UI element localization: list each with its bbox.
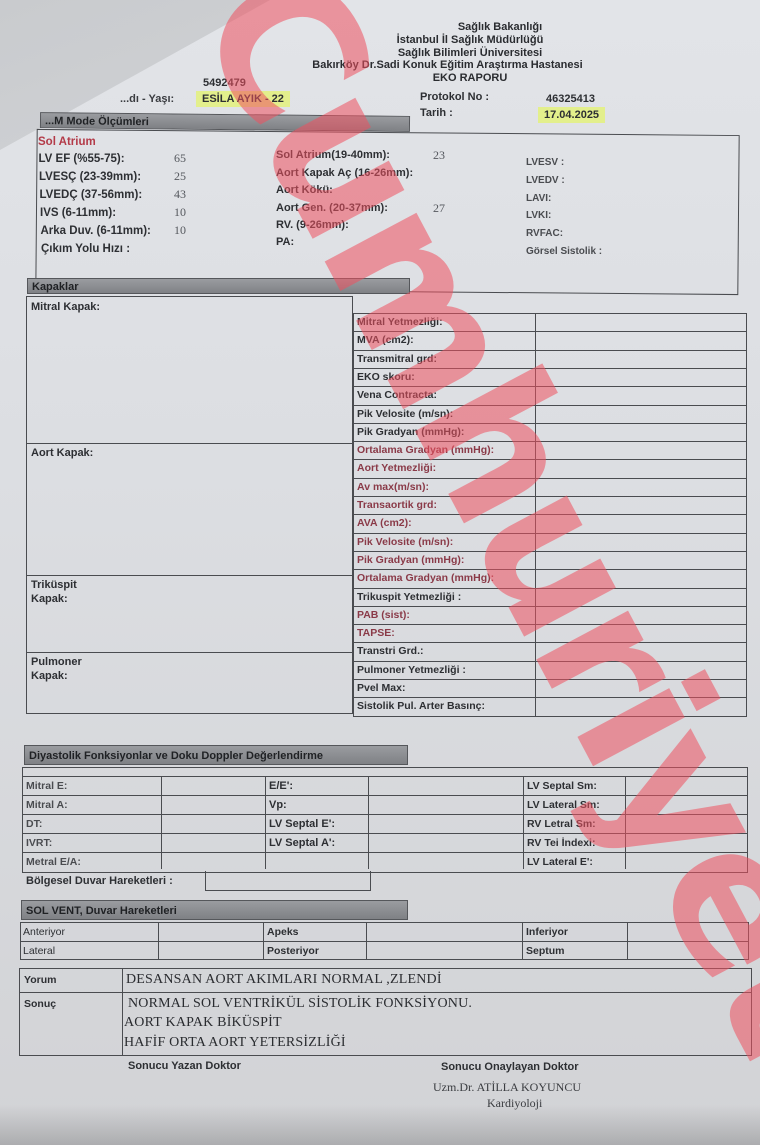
diastolic-label: LV Lateral Sm: [527,799,600,811]
valve-row-value-field[interactable] [536,479,746,495]
wall-section-title: SOL VENT, Duvar Hareketleri [21,900,408,920]
valve-row-label: Aort Yetmezliği: [357,462,436,474]
header-provincial: İstanbul İl Sağlık Müdürlüğü [270,35,670,46]
valve-row-label: Ortalama Gradyan (mmHg): [357,444,494,456]
diastolic-label: RV Tei İndexi: [527,837,595,849]
diastolic-label: DT: [26,818,42,830]
mmode-label: LVESÇ (23-39mm): [39,171,141,183]
diastolic-value-field[interactable] [162,777,264,794]
valve-block-divider [26,575,353,576]
mmode-value: 10 [174,205,186,220]
mmode-label: RV. (9-26mm): [276,219,349,231]
mmode-value: 27 [433,201,445,216]
mmode-label: Çıkım Yolu Hızı : [41,243,130,255]
valve-row-label: Transaortik grd: [357,499,437,511]
diastolic-value-field[interactable] [626,777,746,794]
diastolic-label: RV Letral Sm: [527,818,596,830]
valve-row-label: MVA (cm2): [357,334,414,346]
valve-row-value-field[interactable] [536,387,746,403]
report-date: 17.04.2025 [538,107,605,123]
diastolic-label: Metral E/A: [26,856,81,868]
valve-row-value-field[interactable] [536,497,746,513]
date-label: Tarih : [420,107,453,119]
mmode-value: 43 [174,187,186,202]
diastolic-label: Vp: [269,799,287,811]
diastolic-value-field[interactable] [162,834,264,851]
valve-row-value-field[interactable] [536,570,746,586]
comment-label: Yorum [24,974,56,986]
valve-row-value-field[interactable] [536,442,746,458]
valve-block-label: Triküspit Kapak: [31,578,111,606]
writer-doctor-label: Sonucu Yazan Doktor [128,1060,241,1072]
valve-row-label: Sistolik Pul. Arter Basınç: [357,700,485,712]
wall-col-divider [627,922,628,960]
mmode-label: LVKI: [526,210,551,221]
regional-wall-label: Bölgesel Duvar Hareketleri : [26,875,173,887]
patient-no: 5492479 [203,77,246,89]
valve-row-value-field[interactable] [536,460,746,476]
wall-label: Septum [526,945,565,957]
valve-block-divider [26,652,353,653]
valve-block-divider [26,443,353,444]
diastolic-value-field[interactable] [626,834,746,851]
results-col-divider [122,968,123,1056]
diastolic-value-field[interactable] [162,853,264,870]
valve-row-value-field[interactable] [536,552,746,568]
valve-row-label: Mitral Yetmezliği: [357,316,443,328]
valve-row-value-field[interactable] [536,662,746,678]
valve-row-label: PAB (sist): [357,609,410,621]
diastolic-col-divider [265,776,266,869]
report-title: EKO RAPORU [270,73,670,84]
mmode-label: PA: [276,236,294,248]
valve-row-value-field[interactable] [536,406,746,422]
diastolic-label: Mitral E: [26,780,67,792]
diastolic-label: LV Septal A': [269,837,335,849]
mmode-label: IVS (6-11mm): [40,207,116,219]
valve-row-label: Pik Gradyan (mmHg): [357,426,464,438]
header-university: Sağlık Bilimleri Üniversitesi [270,48,670,59]
valve-row-value-field[interactable] [536,643,746,659]
name-age-label: ...dı - Yaşı: [120,93,174,105]
mmode-label: Aort Gen. (20-37mm): [276,202,388,214]
mmode-value: 25 [174,169,186,184]
regional-wall-field[interactable] [205,871,371,891]
results-row-divider [19,992,752,993]
valve-row-label: AVA (cm2): [357,517,412,529]
mmode-label: LAVI: [526,193,551,204]
valve-row-value-field[interactable] [536,698,746,714]
valve-row-label: Pik Velosite (m/sn): [357,408,453,420]
mmode-value: 65 [174,151,186,166]
mmode-label: Aort Kökü: [276,184,333,196]
comment-value: DESANSAN AORT AKIMLARI NORMAL ,ZLENDİ [126,972,442,988]
mmode-label: Arka Duv. (6-11mm): [41,225,151,237]
valve-row-value-field[interactable] [536,369,746,385]
diastolic-value-field[interactable] [626,853,746,870]
valve-block-label: Mitral Kapak: [31,300,111,314]
mmode-label: LVEDÇ (37-56mm): [40,189,143,201]
diastolic-value-field[interactable] [626,796,746,813]
conclusion-line-2: AORT KAPAK BİKÜSPİT [124,1015,282,1031]
approver-name: Uzm.Dr. ATİLLA KOYUNCU [433,1080,581,1095]
bottom-shadow [0,1105,760,1145]
valve-row-label: Trikuspit Yetmezliği : [357,591,461,603]
diastolic-label: LV Lateral E': [527,856,593,868]
wall-col-divider [263,922,264,960]
valve-row-label: EKO skoru: [357,371,415,383]
wall-label: Apeks [267,926,299,938]
valve-block-label: Aort Kapak: [31,446,111,460]
valve-row-label: Pik Gradyan (mmHg): [357,554,464,566]
valve-row-label: Vena Contracta: [357,389,437,401]
approver-doctor-label: Sonucu Onaylayan Doktor [441,1061,579,1073]
conclusion-label: Sonuç [24,998,56,1010]
valve-row-value-field[interactable] [536,314,746,330]
valve-block-label: Pulmoner Kapak: [31,655,111,683]
wall-label: Inferiyor [526,926,568,938]
diastolic-value-field[interactable] [162,815,264,832]
valve-row-label: Transmitral grd: [357,353,437,365]
mmode-value: 10 [174,223,186,238]
diastolic-label: Mitral A: [26,799,68,811]
valve-row-value-field[interactable] [536,515,746,531]
conclusion-line-1: NORMAL SOL VENTRİKÜL SİSTOLİK FONKSİYONU… [128,996,472,1012]
diastolic-label: LV Septal Sm: [527,780,597,792]
wall-col-divider [522,922,523,960]
protocol-value: 46325413 [546,93,595,105]
valve-row-label: Pik Velosite (m/sn): [357,536,453,548]
valve-row-value-field[interactable] [536,534,746,550]
mmode-label: LVEDV : [526,175,565,186]
valve-row-label: Ortalama Gradyan (mmHg): [357,572,494,584]
conclusion-line-3: HAFİF ORTA AORT YETERSİZLİĞİ [124,1035,346,1051]
patient-name-age: ESİLA AYIK - 22 [196,91,290,107]
valves-section-title: Kapaklar [27,278,410,294]
diastolic-label: E/E': [269,780,293,792]
mmode-label: LV EF (%55-75): [39,153,125,165]
valve-row-value-field[interactable] [536,589,746,605]
wall-label: Posteriyor [267,945,319,957]
wall-label: Lateral [23,945,55,957]
diastolic-label: LV Septal E': [269,818,335,830]
wall-col-divider [366,922,367,960]
valve-row-label: TAPSE: [357,627,395,639]
diastolic-value-field[interactable] [162,796,264,813]
header-ministry: Sağlık Bakanlığı [300,22,700,33]
diastolic-col-divider [523,776,524,869]
valve-row-value-field[interactable] [536,332,746,348]
diastolic-section-title: Diyastolik Fonksiyonlar ve Doku Doppler … [24,745,408,765]
mmode-label: RVFAC: [526,228,563,239]
header-hospital: Bakırköy Dr.Sadi Konuk Eğitim Araştırma … [245,60,650,71]
mmode-label: Sol Atrium [38,136,96,148]
valve-row-value-field[interactable] [536,424,746,440]
mmode-label: Sol Atrium(19-40mm): [276,149,390,161]
mmode-label: LVESV : [526,157,564,168]
valve-row-label: Transtri Grd.: [357,645,424,657]
diastolic-value-field[interactable] [626,815,746,832]
diastolic-label: IVRT: [26,837,52,849]
wall-col-divider [158,922,159,960]
valve-row-value-field[interactable] [536,625,746,641]
valve-row-label: Pvel Max: [357,682,405,694]
diastolic-col-divider [368,776,369,869]
wall-row-divider [20,941,749,942]
valve-row-value-field[interactable] [536,607,746,623]
protocol-label: Protokol No : [420,91,489,103]
valve-row-value-field[interactable] [536,680,746,696]
valve-row-value-field[interactable] [536,351,746,367]
valve-row-label: Pulmoner Yetmezliği : [357,664,466,676]
mmode-label: Görsel Sistolik : [526,246,602,257]
wall-label: Anteriyor [23,926,65,938]
valve-row-label: Av max(m/sn): [357,481,429,493]
mmode-label: Aort Kapak Aç (16-26mm): [276,167,413,179]
mmode-value: 23 [433,148,445,163]
